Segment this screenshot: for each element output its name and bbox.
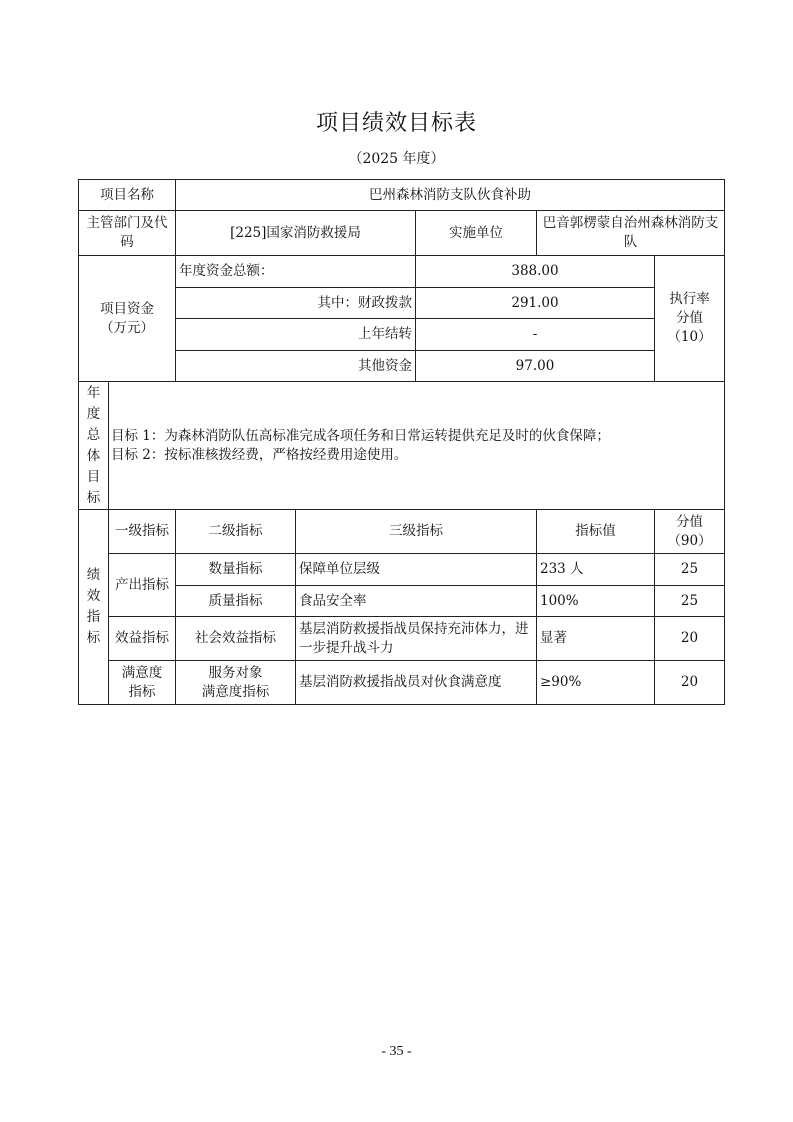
row-level2-line1: 服务对象 bbox=[179, 664, 292, 683]
goals-label-char: 年 bbox=[79, 383, 108, 404]
row-level1: 满意度 指标 bbox=[109, 661, 176, 705]
goal-item-2: 目标 2：按标准核拨经费，严格按经费用途使用。 bbox=[111, 446, 721, 465]
row-level3: 基层消防救援指战员保持充沛体力，进一步提升战斗力 bbox=[296, 617, 537, 661]
indicators-label-char: 指 bbox=[79, 607, 108, 628]
row-level3: 保障单位层级 bbox=[296, 554, 537, 586]
project-name-value: 巴州森林消防支队伙食补助 bbox=[176, 180, 725, 211]
funds-other-label: 其他资金 bbox=[176, 351, 416, 382]
row-level2: 服务对象 满意度指标 bbox=[176, 661, 296, 705]
funds-label-line1: 项目资金 bbox=[82, 300, 172, 319]
indicators-label-char: 标 bbox=[79, 628, 108, 649]
row-level3: 食品安全率 bbox=[296, 586, 537, 617]
funds-carryover-value: - bbox=[416, 319, 655, 351]
goals-content: 目标 1：为森林消防队伍高标准完成各项任务和日常运转提供充足及时的伙食保障； 目… bbox=[109, 382, 725, 510]
impl-label: 实施单位 bbox=[416, 211, 537, 256]
page-number: - 35 - bbox=[0, 1044, 793, 1060]
funds-total-label: 年度资金总额： bbox=[176, 256, 416, 288]
page-subtitle: （2025 年度） bbox=[0, 148, 793, 168]
goals-label-char: 度 bbox=[79, 404, 108, 425]
table-row: 质量指标 食品安全率 100% 25 bbox=[79, 586, 725, 617]
header-level3: 三级指标 bbox=[296, 510, 537, 554]
page-title: 项目绩效目标表 bbox=[0, 106, 793, 137]
row-value: 显著 bbox=[537, 617, 655, 661]
funds-label-line2: （万元） bbox=[82, 319, 172, 338]
exec-rate-line1: 执行率 bbox=[658, 290, 721, 309]
table-row: 产出指标 数量指标 保障单位层级 233 人 25 bbox=[79, 554, 725, 586]
row-score: 25 bbox=[655, 586, 725, 617]
dept-value: [225]国家消防救援局 bbox=[176, 211, 416, 256]
goals-label-char: 体 bbox=[79, 446, 108, 467]
row-score: 20 bbox=[655, 661, 725, 705]
exec-rate-label: 执行率 分值 （10） bbox=[655, 256, 725, 382]
exec-rate-line3: （10） bbox=[658, 328, 721, 347]
indicators-label-char: 效 bbox=[79, 586, 108, 607]
row-level3: 基层消防救援指战员对伙食满意度 bbox=[296, 661, 537, 705]
table-row: 效益指标 社会效益指标 基层消防救援指战员保持充沛体力，进一步提升战斗力 显著 … bbox=[79, 617, 725, 661]
row-level2: 社会效益指标 bbox=[176, 617, 296, 661]
funds-carryover-label: 上年结转 bbox=[176, 319, 416, 351]
header-score-line2: （90） bbox=[658, 532, 721, 551]
header-level1: 一级指标 bbox=[109, 510, 176, 554]
goals-label-char: 目 bbox=[79, 467, 108, 488]
exec-rate-line2: 分值 bbox=[658, 309, 721, 328]
goals-label: 年 度 总 体 目 标 bbox=[79, 382, 109, 510]
row-value: 233 人 bbox=[537, 554, 655, 586]
funds-other-value: 97.00 bbox=[416, 351, 655, 382]
goal-item-1: 目标 1：为森林消防队伍高标准完成各项任务和日常运转提供充足及时的伙食保障； bbox=[111, 427, 721, 446]
row-level1-line2: 指标 bbox=[112, 683, 172, 702]
goals-label-char: 总 bbox=[79, 425, 108, 446]
header-level2: 二级指标 bbox=[176, 510, 296, 554]
row-score: 25 bbox=[655, 554, 725, 586]
funds-total-value: 388.00 bbox=[416, 256, 655, 288]
row-level2-line2: 满意度指标 bbox=[179, 683, 292, 702]
row-level1: 产出指标 bbox=[109, 554, 176, 617]
row-score: 20 bbox=[655, 617, 725, 661]
header-score-line1: 分值 bbox=[658, 513, 721, 532]
indicators-label-char: 绩 bbox=[79, 565, 108, 586]
impl-value: 巴音郭楞蒙自治州森林消防支队 bbox=[537, 211, 725, 256]
header-score: 分值 （90） bbox=[655, 510, 725, 554]
row-value: ≥90% bbox=[537, 661, 655, 705]
project-name-label: 项目名称 bbox=[79, 180, 176, 211]
goals-label-char: 标 bbox=[79, 488, 108, 509]
row-level1-line1: 满意度 bbox=[112, 664, 172, 683]
header-value: 指标值 bbox=[537, 510, 655, 554]
indicators-label: 绩 效 指 标 bbox=[79, 510, 109, 705]
performance-grid: 项目名称 巴州森林消防支队伙食补助 主管部门及代码 [225]国家消防救援局 实… bbox=[78, 179, 725, 705]
table-row: 满意度 指标 服务对象 满意度指标 基层消防救援指战员对伙食满意度 ≥90% 2… bbox=[79, 661, 725, 705]
row-level2: 质量指标 bbox=[176, 586, 296, 617]
row-level2: 数量指标 bbox=[176, 554, 296, 586]
dept-label: 主管部门及代码 bbox=[79, 211, 176, 256]
row-value: 100% bbox=[537, 586, 655, 617]
funds-label: 项目资金 （万元） bbox=[79, 256, 176, 382]
funds-fiscal-label: 其中：财政拨款 bbox=[176, 288, 416, 319]
row-level1: 效益指标 bbox=[109, 617, 176, 661]
funds-fiscal-value: 291.00 bbox=[416, 288, 655, 319]
